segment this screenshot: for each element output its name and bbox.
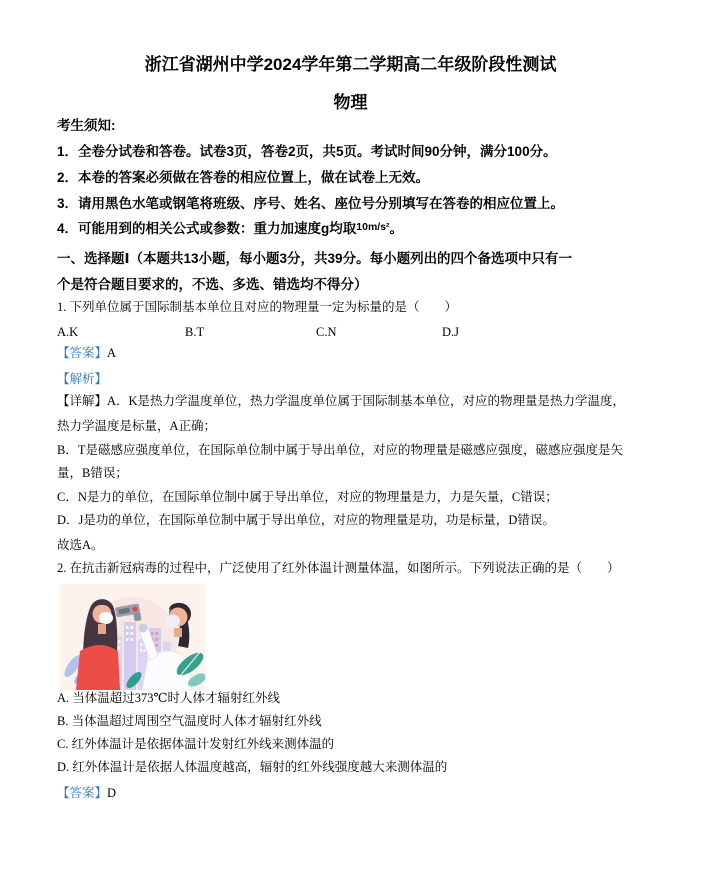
q2-answer-value: D xyxy=(107,786,116,800)
section1-heading-line-1: 一、选择题Ⅰ（本题共13小题，每小题3分，共39分。每小题列出的四个备选项中只有… xyxy=(57,251,572,266)
q2-option-b: B. 当体温超过周围空气温度时人体才辐射红外线 xyxy=(57,714,322,729)
exam-document-page: 浙江省湖州中学2024学年第二学期高二年级阶段性测试 物理 考生须知: 1．全卷… xyxy=(0,0,701,877)
q1-option-a: A.K xyxy=(57,325,78,340)
q1-stem: 1. 下列单位属于国际制基本单位且对应的物理量一定为标量的是（ ） xyxy=(57,300,457,315)
q1-explanation-line: D．J是功的单位，在国际单位制中属于导出单位，对应的物理量是功，功是标量，D错误… xyxy=(57,513,555,528)
q1-explanation-line: 【详解】A．K是热力学温度单位，热力学温度单位属于国际制基本单位，对应的物理量是… xyxy=(57,394,625,409)
exam-title: 浙江省湖州中学2024学年第二学期高二年级阶段性测试 xyxy=(0,50,701,75)
q1-explanation-line: 热力学温度是标量，A正确； xyxy=(57,419,216,434)
infrared-temperature-check-illustration xyxy=(60,584,205,690)
notice-item-3: 3．请用黑色水笔或钢笔将班级、序号、姓名、座位号分别填写在答卷的相应位置上。 xyxy=(57,196,564,211)
notice-item-1: 1．全卷分试卷和答卷。试卷3页，答卷2页，共5页。考试时间90分钟，满分100分… xyxy=(57,144,557,159)
q1-answer-value: A xyxy=(107,346,116,360)
notice-item-4: 4．可能用到的相关公式或参数：重力加速度g均取10m/s²。 xyxy=(57,221,403,238)
answer-label: 【答案】 xyxy=(57,786,107,800)
q1-conclusion-line: 故选A。 xyxy=(57,538,104,553)
section1-heading-line-2: 个是符合题目要求的，不选、多选、错选均不得分） xyxy=(57,277,368,292)
q2-answer-line: 【答案】D xyxy=(57,786,116,801)
q1-explanation-line: 量，B错误； xyxy=(57,466,128,481)
q2-option-d: D. 红外体温计是依据人体温度越高，辐射的红外线强度越大来测体温的 xyxy=(57,760,447,775)
q1-option-d: D.J xyxy=(442,325,459,340)
q2-option-c: C. 红外体温计是依据体温计发射红外线来测体温的 xyxy=(57,737,334,752)
notice-header: 考生须知: xyxy=(57,118,116,133)
gravity-formula: 10m/s² xyxy=(356,221,389,233)
notice-item-2: 2．本卷的答案必须做在答卷的相应位置上，做在试卷上无效。 xyxy=(57,170,429,185)
q1-explanation-line: C．N是力的单位，在国际单位制中属于导出单位，对应的物理量是力，力是矢量，C错误… xyxy=(57,490,558,505)
q2-option-a: A. 当体温超过373℃时人体才辐射红外线 xyxy=(57,691,280,706)
subject-title: 物理 xyxy=(0,88,701,113)
q1-analysis-label: 【解析】 xyxy=(57,372,107,387)
notice-item-4-period: 。 xyxy=(390,221,404,236)
q2-stem: 2. 在抗击新冠病毒的过程中，广泛使用了红外体温计测量体温，如图所示。下列说法正… xyxy=(57,561,620,576)
q1-explanation-line: B．T是磁感应强度单位，在国际单位制中属于导出单位，对应的物理量是磁感应强度，磁… xyxy=(57,443,623,458)
notice-item-4-text: 4．可能用到的相关公式或参数：重力加速度g均取 xyxy=(57,221,356,236)
q1-option-c: C.N xyxy=(316,325,337,340)
answer-label: 【答案】 xyxy=(57,346,107,360)
q1-option-b: B.T xyxy=(185,325,204,340)
q1-answer-line: 【答案】A xyxy=(57,346,116,361)
